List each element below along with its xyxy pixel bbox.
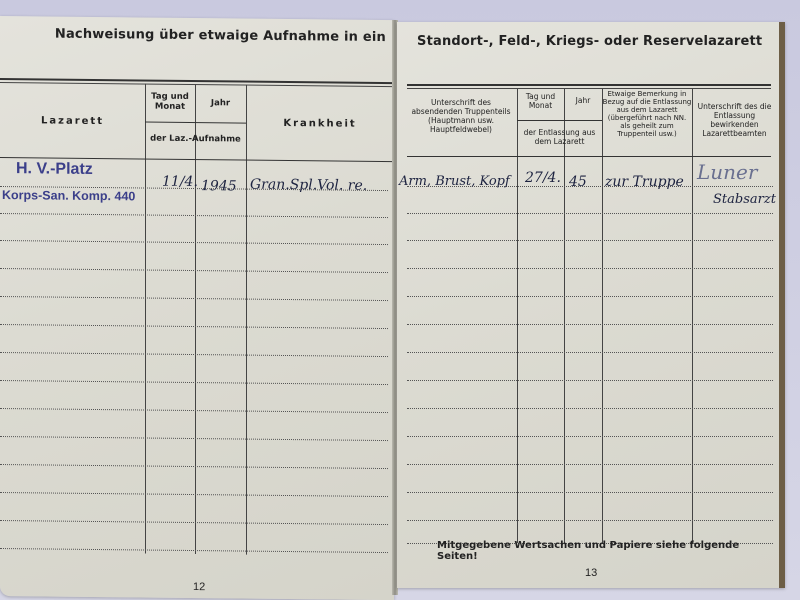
row-line [0,268,388,273]
footer-note: Mitgegebene Wertsachen und Papiere siehe… [437,540,779,562]
header-jahr: Jahr [195,98,246,109]
page-number-left: 12 [193,581,205,593]
row-line [0,408,388,413]
column-divider [195,84,196,554]
row-line [407,268,773,269]
header-bottom-rule [407,156,771,157]
row-line [0,492,388,497]
left-page: Nachweisung über etwaige Aufnahme in ein… [0,16,394,600]
admission-year: 1945 [201,178,237,194]
header-tag-monat: Tag und Monat [517,92,564,110]
hospital-stamp-line1: H. V.-Platz [16,160,93,179]
row-line [407,520,773,521]
header-entlassung: der Entlassung aus dem Lazarett [517,128,602,146]
header-unterschrift-lazarett: Unterschrift des die Entlassung bewirken… [692,102,777,138]
row-line [0,352,388,357]
header-lazarett: Lazarett [0,116,145,128]
discharge-day-month: 27/4. [525,170,561,186]
right-page: Standort-, Feld-, Kriegs- oder Reservela… [397,22,785,588]
header-krankheit: Krankheit [246,119,394,131]
header-bemerkung: Etwaige Bemerkung in Bezug auf die Entla… [602,90,692,138]
header-jahr: Jahr [564,96,602,106]
header-top-rule [0,78,394,87]
column-divider [145,84,146,554]
header-tag-monat: Tag und Monat [145,92,195,113]
row-line [0,296,388,301]
discharge-year: 45 [569,174,587,190]
row-line [407,492,773,493]
left-page-title: Nachweisung über etwaige Aufnahme in ein [55,27,386,45]
row-line [0,436,388,441]
row-line [407,324,773,325]
row-line [407,436,773,437]
doctor-signature: Luner [697,160,757,184]
row-line [407,380,773,381]
column-divider [246,85,247,555]
subheader-rule [517,120,602,121]
doctor-title: Stabsarzt [713,192,776,207]
row-line [407,408,773,409]
row-line [407,240,773,241]
right-page-title: Standort-, Feld-, Kriegs- oder Reservela… [417,34,762,49]
row-line [407,213,773,214]
row-line [0,324,388,329]
row-line [407,352,773,353]
admission-day-month: 11/4. [162,174,198,190]
row-line [0,380,388,385]
discharge-remark: zur Truppe [605,174,684,190]
row-line [0,213,388,218]
hospital-stamp-line2: Korps-San. Komp. 440 [2,188,135,203]
header-laz-aufnahme: der Laz.-Aufnahme [145,134,246,145]
illness-entry: Gran.Spl.Vol. re. [250,177,367,194]
illness-entry-continued: Arm, Brust, Kopf [399,174,510,189]
header-unterschrift-truppenteil: Unterschrift des absendenden Truppenteil… [405,98,517,134]
row-line [0,464,388,469]
row-line [407,296,773,297]
row-line [0,240,388,245]
row-line [407,464,773,465]
page-number-right: 13 [585,567,597,579]
header-top-rule [407,84,771,89]
row-line [0,520,388,525]
row-line [0,548,388,553]
